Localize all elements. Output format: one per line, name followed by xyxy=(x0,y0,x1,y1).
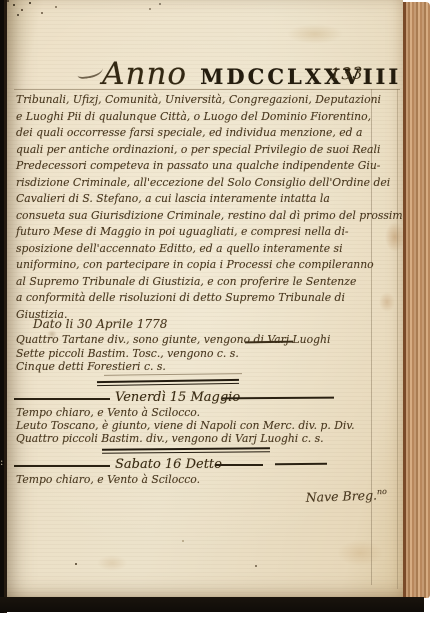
body-line: risdizione Criminale, all'eccezione del … xyxy=(16,175,376,192)
manuscript-page: Anno MDCCLXXVIII 133 Tribunali, Ufizj, C… xyxy=(7,0,403,597)
page-number: 133 xyxy=(330,63,364,83)
ship-report-line: Quattro piccoli Bastim. div., vengono di… xyxy=(16,432,324,445)
manuscript-scan-photo: Anno MDCCLXXVIII 133 Tribunali, Ufizj, C… xyxy=(0,0,438,620)
photo-dark-edge-bottom xyxy=(0,597,424,612)
anno-script-word: Anno xyxy=(102,56,187,92)
body-line: a conformità delle risoluzioni di detto … xyxy=(16,290,376,307)
heading-dash-right xyxy=(215,464,263,466)
paper-stain xyxy=(379,292,395,312)
paper-stain xyxy=(337,540,383,566)
paper-stain xyxy=(385,222,405,252)
weather-line: Tempo chiaro, e Vento à Scilocco. xyxy=(16,473,200,486)
heading-dash-right xyxy=(222,397,334,399)
calligraphic-flourish xyxy=(76,62,104,79)
body-line: e Luoghi Pii di qualunque Città, o Luogo… xyxy=(16,109,376,126)
entry-heading-saturday: Sabato 16 Detto xyxy=(115,457,222,472)
body-line: sposizione dell'accennato Editto, ed a q… xyxy=(16,241,376,258)
arrival-line: Sette piccoli Bastim. Tosc., vengono c. … xyxy=(16,347,239,360)
paper-stain xyxy=(97,555,127,571)
body-line: futuro Mese di Maggio in poi uguagliati,… xyxy=(16,224,376,241)
photo-dark-edge-left: : xyxy=(0,0,7,613)
paper-speckles xyxy=(7,0,9,2)
body-line: al Supremo Tribunale di Giustizia, e con… xyxy=(16,274,376,291)
heading-dash-left xyxy=(14,465,110,467)
faint-underline xyxy=(104,373,242,376)
heading-dash-right xyxy=(275,463,327,465)
signature-abbreviation: no xyxy=(377,487,387,496)
heading-dash-left xyxy=(14,398,110,400)
edict-paragraph: Tribunali, Ufizj, Comunità, Università, … xyxy=(16,92,376,323)
arrival-line: Quattro Tartane div., sono giunte, vengo… xyxy=(16,333,330,346)
body-line: uniformino, con partecipare in copia i P… xyxy=(16,257,376,274)
body-line: quali per antiche ordinazioni, o per spe… xyxy=(16,142,376,159)
margin-mark: : xyxy=(0,458,3,468)
body-line: dei quali occorresse farsi speciale, ed … xyxy=(16,125,376,142)
weather-line: Tempo chiaro, e Vento à Scilocco. xyxy=(16,406,200,419)
date-line: Dato li 30 Aprile 1778 xyxy=(33,317,167,331)
arrival-line: Cinque detti Forestieri c. s. xyxy=(16,360,166,373)
clerk-signature: Nave Breg.no xyxy=(269,487,387,506)
body-line: Predecessori competeva in passato una qu… xyxy=(16,158,376,175)
paper-stain xyxy=(287,24,343,44)
signature-name: Nave Breg. xyxy=(305,487,377,504)
edge-rule-line xyxy=(397,89,398,589)
double-rule-divider xyxy=(97,379,239,387)
body-line: Cavalieri di S. Stefano, a cui lascia in… xyxy=(16,191,376,208)
roman-numeral-year: MDCCLXXVIII xyxy=(200,64,401,89)
body-line: consueta sua Giurisdizione Criminale, re… xyxy=(16,208,376,225)
body-line: Tribunali, Ufizj, Comunità, Università, … xyxy=(16,92,376,109)
book-fore-edge-pages xyxy=(403,2,430,598)
double-rule-divider xyxy=(102,447,270,454)
ship-report-line: Leuto Toscano, è giunto, viene di Napoli… xyxy=(16,419,355,432)
